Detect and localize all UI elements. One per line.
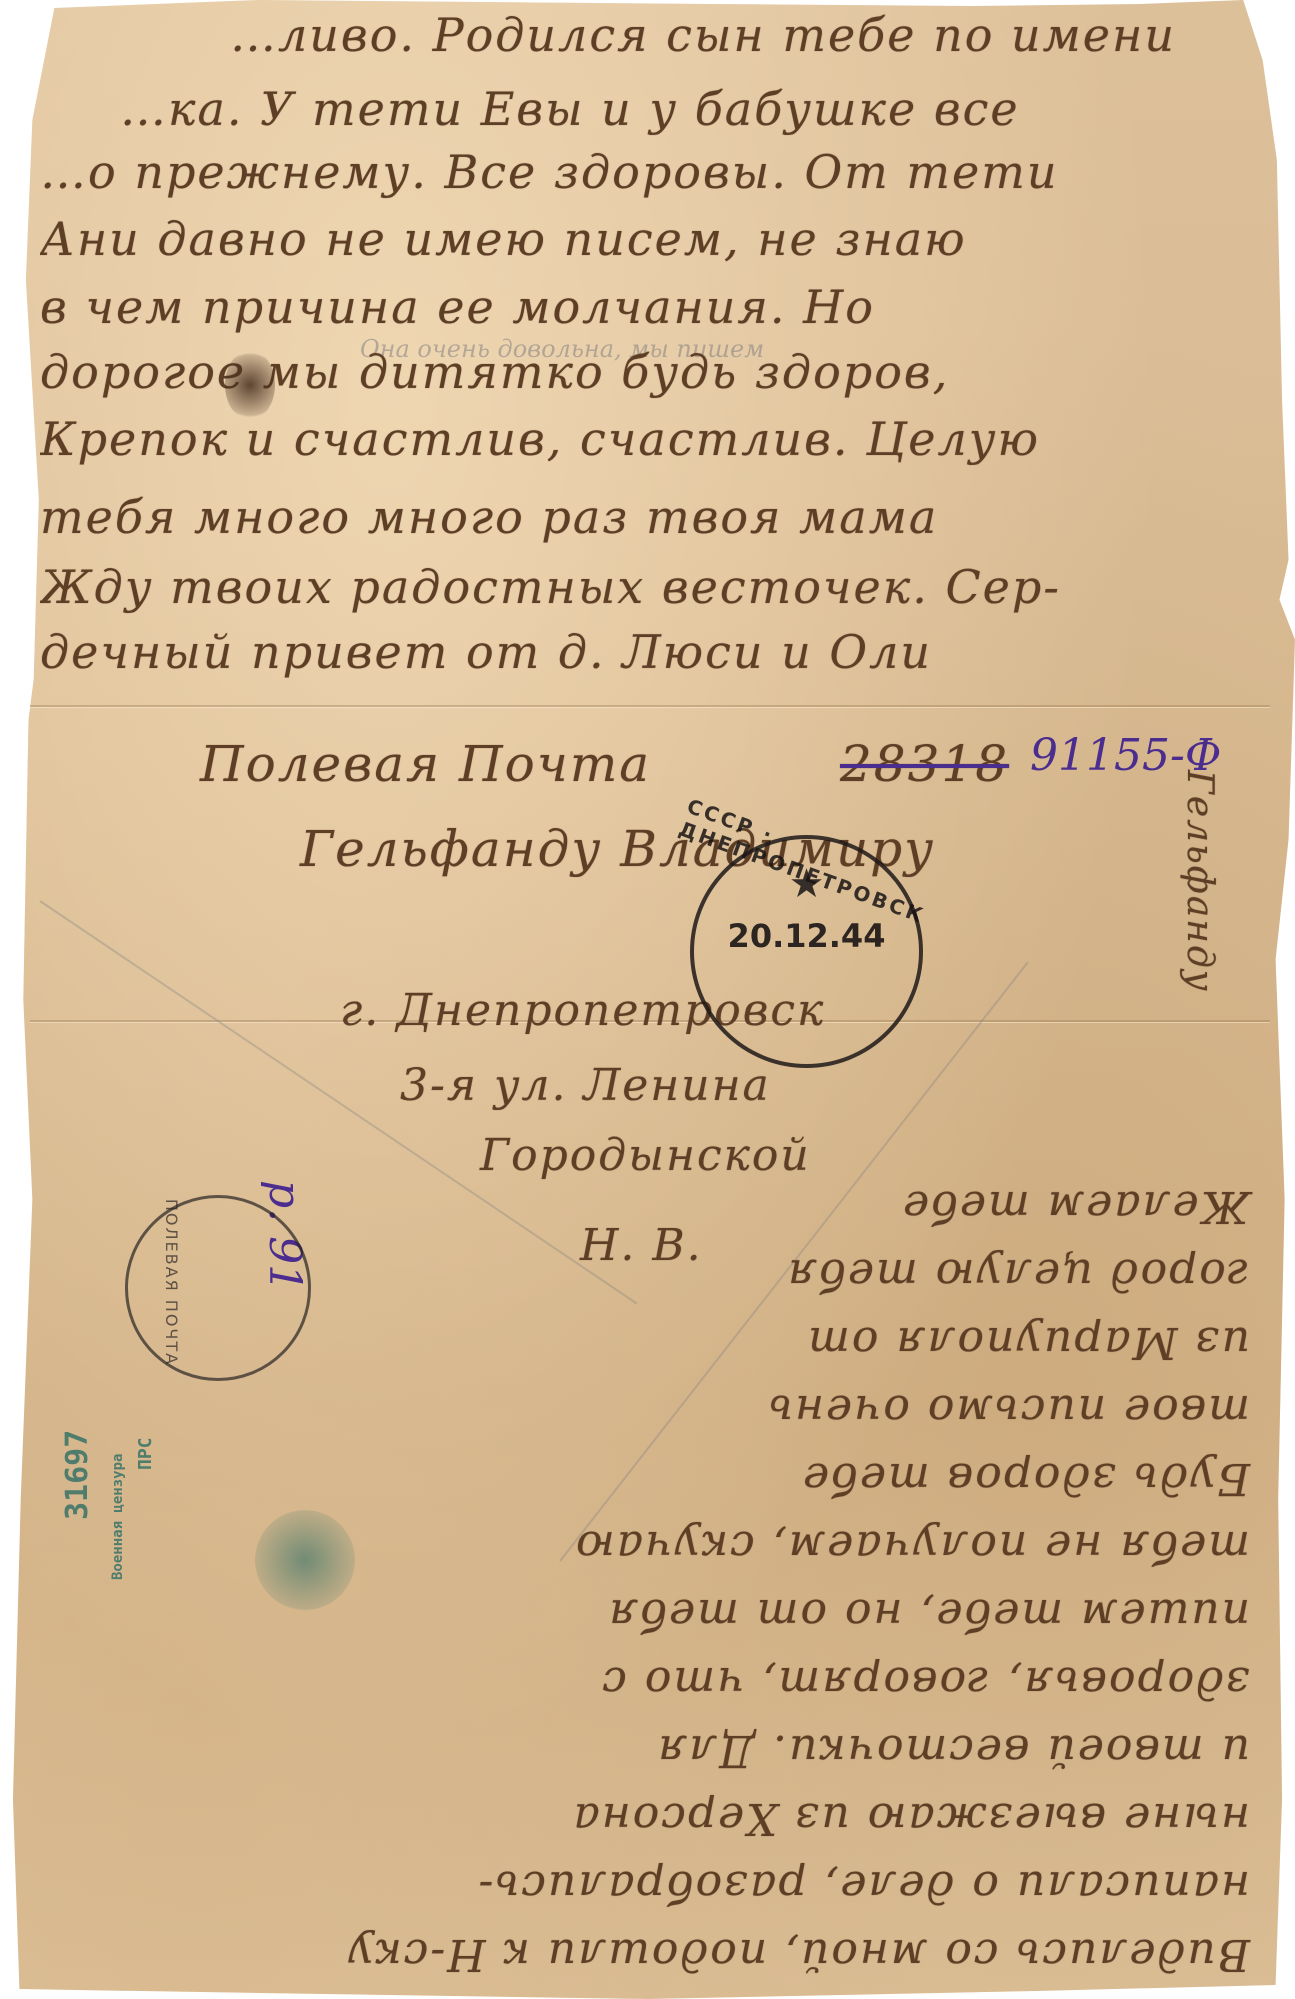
upside-down-letter: Виделись со мной, подошли к Н-ску написа… <box>420 1060 1270 1980</box>
letter-line: …о прежнему. Все здоровы. От тети <box>40 145 1270 199</box>
upside-line: написали о деле, разобрались- <box>477 1861 1251 1912</box>
upside-line: здоровья, говорят, что с <box>600 1657 1250 1708</box>
second-postmark-text: ПОЛЕВАЯ ПОЧТА <box>162 1199 181 1366</box>
upside-line: и твоей весточки. Для <box>656 1725 1250 1776</box>
letter-line: Жду твоих радостных весточек. Сер- <box>40 560 1270 614</box>
ink-blot <box>225 350 275 420</box>
letter-line: в чем причина ее молчания. Но <box>40 280 1270 334</box>
censor-short: ПРС <box>135 1437 156 1470</box>
censor-text: Военная цензура <box>110 1454 126 1580</box>
letter-line: дечный привет от д. Люси и Оли <box>40 625 1270 679</box>
upside-line: ныне выезжаю из Херсона <box>572 1793 1250 1844</box>
upside-line: город целую тебя <box>786 1249 1250 1300</box>
upside-line: тебя не получаем, скучаю <box>574 1521 1250 1572</box>
letter-line: тебя много много раз твоя мама <box>40 490 1270 544</box>
upside-line: пишем тебе, но от тебя <box>607 1589 1250 1640</box>
upside-line: твое письмо очень <box>767 1385 1250 1436</box>
letter-line: …ливо. Родился сын тебе по имени <box>230 8 1295 62</box>
upside-line: Виделись со мной, подошли к Н-ску <box>346 1929 1250 1980</box>
second-postmark: ПОЛЕВАЯ ПОЧТА <box>125 1195 311 1381</box>
letter-line: Крепок и счастлив, счастлив. Целую <box>40 412 1270 466</box>
letter-line: Ани давно не имею писем, не знаю <box>40 212 1270 266</box>
postmark-stamp: ★ СССР · ДНЕПРОПЕТРОВСК 20.12.44 <box>690 835 923 1068</box>
upside-line: Желаем тебе <box>901 1181 1250 1232</box>
letter-line: …ка. У тети Евы и у бабушке все <box>120 82 1295 136</box>
side-text: Гельфанду <box>1179 770 1220 993</box>
postmark-date: 20.12.44 <box>728 917 886 955</box>
censor-blot <box>255 1510 355 1610</box>
upside-line: из Мариуполя от <box>806 1317 1250 1368</box>
upside-line: Будь здоров тебе <box>801 1453 1250 1504</box>
field-post-number-struck: 28318 <box>840 735 1009 793</box>
field-post-label: Полевая Почта <box>200 735 651 793</box>
fold-line <box>30 705 1270 707</box>
censor-number: 31697 <box>60 1430 95 1520</box>
